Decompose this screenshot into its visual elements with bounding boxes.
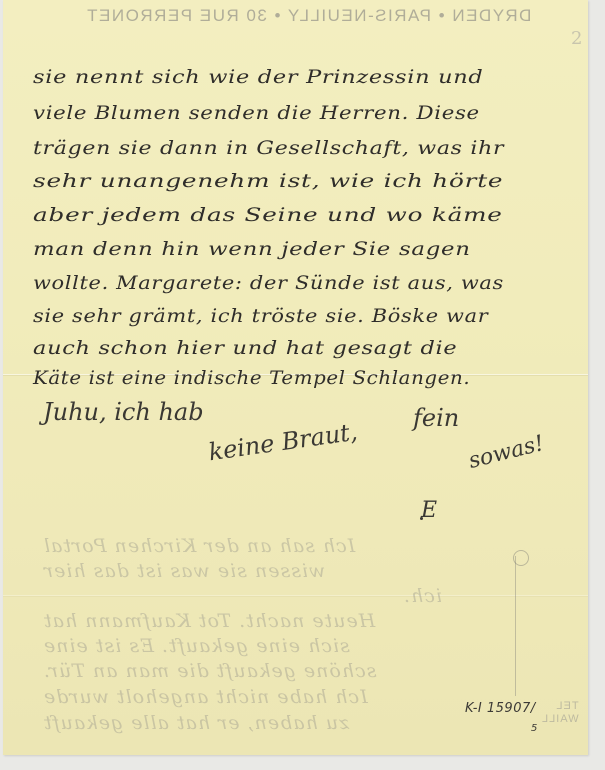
archive-number: K-I 15907/	[465, 701, 536, 716]
letterhead-mirrored: DRYDEN • PARIS-NEUILLY • 30 RUE PERRONET	[31, 4, 586, 28]
showthrough-line: wissen sie was ist das hier	[43, 560, 325, 582]
showthrough-line: schöne gekauft die man an Tür.	[43, 660, 376, 682]
faint-vertical-line	[515, 556, 516, 696]
closing-part-3: fein	[413, 404, 459, 432]
letter-line: wollte. Margarete: der Sünde ist aus, wa…	[33, 272, 504, 294]
closing-part-4: sowas!	[466, 431, 546, 474]
showthrough-line: Heute nacht. Tot Kaufmann hat	[43, 610, 375, 632]
signature: E	[421, 498, 437, 523]
letter-line: Käte ist eine indische Tempel Schlangen.	[33, 367, 470, 389]
letter-line: auch schon hier und hat gesagt die	[33, 337, 457, 359]
letter-line: trägen sie dann in Gesellschaft, was ihr	[33, 137, 504, 159]
showthrough-line: Ich habe nicht angeholt wurde	[43, 686, 368, 708]
showthrough-line: Ich sah an der Kirchen Portal	[43, 535, 355, 557]
showthrough-line: zu haben, er hat alle gekauft	[43, 712, 349, 734]
faint-mirrored-stamp: TELWAILL	[541, 700, 579, 726]
letter-line: sehr unangenehm ist, wie ich hörte	[33, 170, 503, 192]
letter-line: sie nennt sich wie der Prinzessin und	[33, 66, 483, 88]
closing-part-1: Juhu, ich hab	[43, 398, 204, 426]
showthrough-line: sich eine gekauft. Es ist eine	[43, 635, 350, 657]
letter-page: DRYDEN • PARIS-NEUILLY • 30 RUE PERRONET…	[3, 0, 588, 755]
letter-line: aber jedem das Seine und wo käme	[33, 204, 503, 226]
faint-page-number: 2	[571, 28, 582, 49]
paper-fold-line	[3, 595, 588, 596]
letter-line: man denn hin wenn jeder Sie sagen	[33, 238, 471, 260]
archive-number-sub: 5	[531, 723, 537, 734]
letter-line: sie sehr grämt, ich tröste sie. Böske wa…	[33, 305, 488, 327]
showthrough-line: ich.	[403, 585, 442, 607]
letter-line: viele Blumen senden die Herren. Diese	[33, 102, 480, 124]
closing-part-2: keine Braut,	[207, 418, 359, 467]
